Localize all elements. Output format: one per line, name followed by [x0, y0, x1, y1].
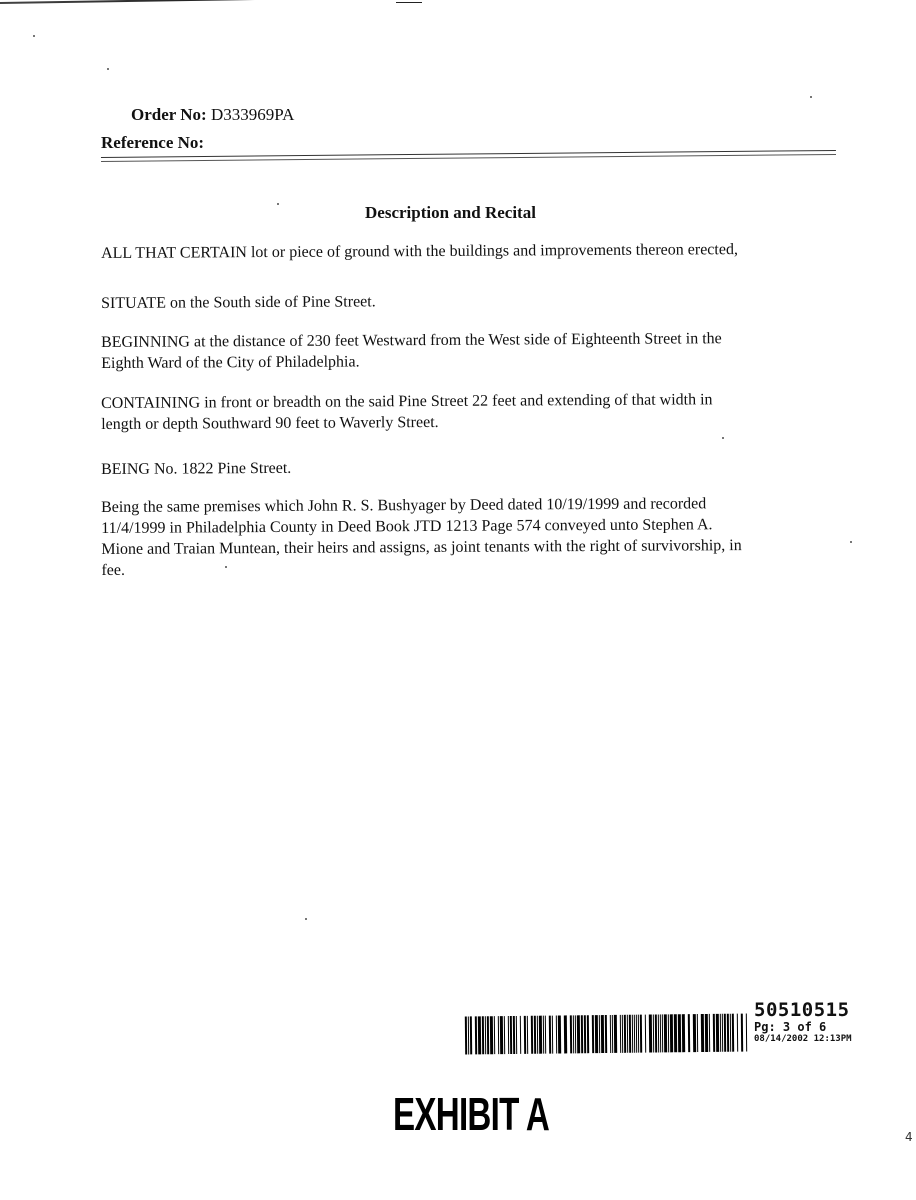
paragraph-line: BEGINNING at the distance of 230 feet We…	[101, 328, 821, 353]
scan-speck	[850, 541, 852, 543]
paragraph: BEING No. 1822 Pine Street.	[101, 455, 821, 480]
scan-speck	[225, 566, 227, 568]
scan-speck	[810, 96, 812, 98]
paragraph-line: ALL THAT CERTAIN lot or piece of ground …	[101, 239, 821, 264]
paragraph: CONTAINING in front or breadth on the sa…	[101, 389, 821, 435]
order-number: Order No: D333969PA	[131, 105, 294, 125]
paragraph-line: Eighth Ward of the City of Philadelphia.	[101, 349, 821, 374]
paragraph: SITUATE on the South side of Pine Street…	[101, 289, 821, 314]
section-title: Description and Recital	[365, 203, 536, 223]
paragraph: BEGINNING at the distance of 230 feet We…	[101, 328, 821, 374]
recording-timestamp: 08/14/2002 12:13PM	[754, 1034, 852, 1044]
scan-speck	[722, 437, 724, 439]
paragraph-line: fee.	[101, 556, 821, 581]
page-count: Pg: 3 of 6	[754, 1020, 826, 1034]
scan-artifact-line	[0, 0, 318, 4]
scan-speck	[277, 203, 279, 205]
paragraph-line: Mione and Traian Muntean, their heirs an…	[101, 535, 821, 560]
paragraph: Being the same premises which John R. S.…	[101, 493, 821, 581]
paragraph-line: BEING No. 1822 Pine Street.	[101, 455, 821, 480]
scan-speck	[107, 68, 109, 70]
scan-speck	[33, 35, 35, 37]
document-number: 50510515	[754, 999, 850, 1021]
paragraph-line: length or depth Southward 90 feet to Wav…	[101, 410, 821, 435]
reference-label: Reference No:	[101, 133, 204, 152]
paragraph-line: SITUATE on the South side of Pine Street…	[101, 289, 821, 314]
order-value: D333969PA	[211, 105, 294, 124]
order-label: Order No:	[131, 105, 207, 124]
scan-speck	[305, 918, 307, 920]
reference-number: Reference No:	[101, 133, 204, 153]
exhibit-label: EXHIBIT A	[393, 1087, 549, 1141]
scan-artifact-line	[396, 2, 422, 3]
header-divider	[101, 150, 836, 162]
barcode-icon	[465, 1014, 749, 1055]
paragraph: ALL THAT CERTAIN lot or piece of ground …	[101, 239, 821, 264]
handwritten-margin-mark: 4	[905, 1130, 913, 1144]
